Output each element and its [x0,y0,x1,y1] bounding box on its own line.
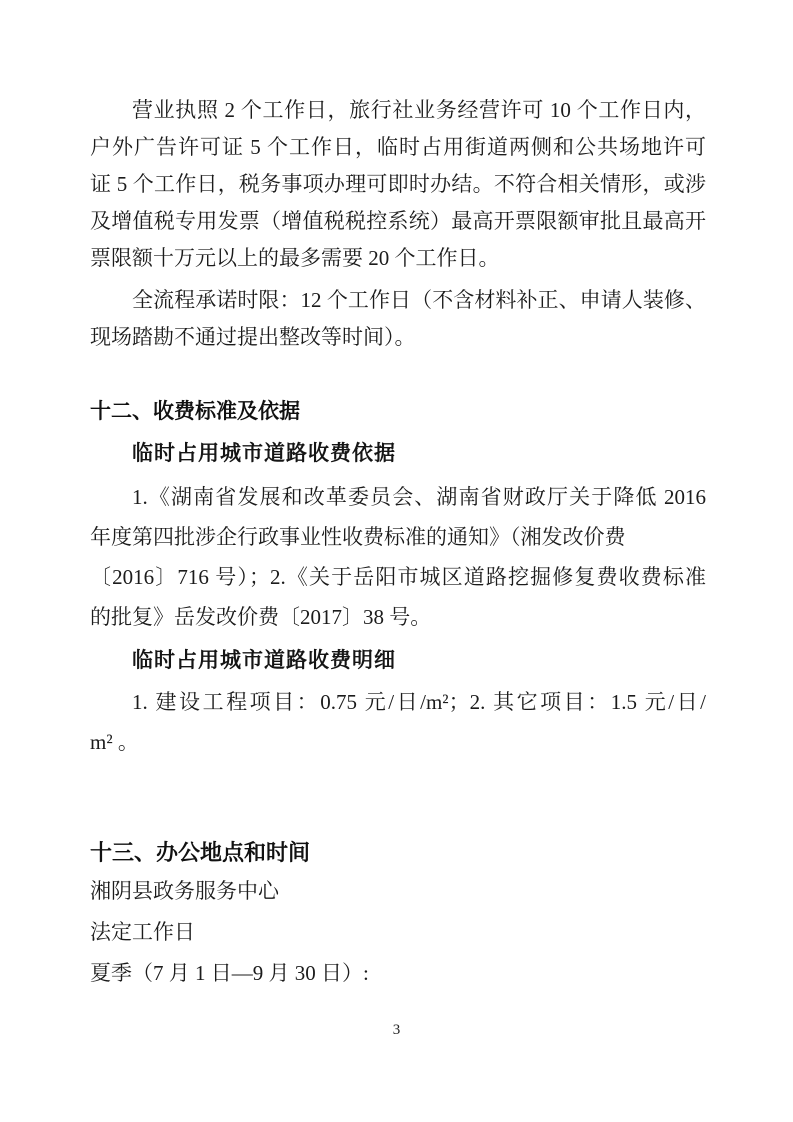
paragraph-line: 票限额十万元以上的最多需要 20 个工作日。 [90,240,706,277]
subheading-fee-details: 临时占用城市道路收费明细 [90,647,706,673]
subheading-fee-basis: 临时占用城市道路收费依据 [90,440,706,466]
document-page: 营业执照 2 个工作日，旅行社业务经营许可 10 个工作日内， 户外广告许可证 … [0,0,793,1122]
paragraph-promise-time: 全流程承诺时限：12 个工作日（不含材料补正、申请人装修、 现场踏勘不通过提出整… [90,282,706,356]
paragraph-fee-basis: 1.《湖南省发展和改革委员会、湖南省财政厅关于降低 2016 年度第四批涉企行政… [90,477,706,637]
paragraph-line: 年度第四批涉企行政事业性收费标准的通知》（湘发改价费 [90,517,706,557]
paragraph-line: 现场踏勘不通过提出整改等时间）。 [90,319,706,356]
paragraph-processing-times: 营业执照 2 个工作日，旅行社业务经营许可 10 个工作日内， 户外广告许可证 … [90,92,706,277]
paragraph-line: 户外广告许可证 5 个工作日，临时占用街道两侧和公共场地许可 [90,129,706,166]
paragraph-line: 营业执照 2 个工作日，旅行社业务经营许可 10 个工作日内， [90,92,706,129]
paragraph-fee-rates: 1. 建设工程项目：0.75 元/日/m²；2. 其它项目：1.5 元/日/ m… [90,682,706,762]
paragraph-line: 全流程承诺时限：12 个工作日（不含材料补正、申请人装修、 [90,282,706,319]
section-heading-13-office: 十三、办公地点和时间 [90,839,706,866]
page-number: 3 [0,1022,793,1039]
paragraph-line: 的批复》岳发改价费〔2017〕38 号。 [90,597,706,637]
office-workdays: 法定工作日 [90,912,706,953]
section-heading-12-fees: 十二、收费标准及依据 [90,399,706,425]
paragraph-line: 及增值税专用发票（增值税税控系统）最高开票限额审批且最高开 [90,203,706,240]
paragraph-line: 证 5 个工作日，税务事项办理可即时办结。不符合相关情形，或涉 [90,166,706,203]
paragraph-line: 1.《湖南省发展和改革委员会、湖南省财政厅关于降低 2016 [90,477,706,517]
paragraph-line: m² 。 [90,722,706,762]
office-location: 湘阴县政务服务中心 [90,871,706,912]
section-13-details: 湘阴县政务服务中心 法定工作日 夏季（7 月 1 日—9 月 30 日）: [90,871,706,994]
paragraph-line: 〔2016〕716 号）；2.《关于岳阳市城区道路挖掘修复费收费标准 [90,557,706,597]
paragraph-line: 1. 建设工程项目：0.75 元/日/m²；2. 其它项目：1.5 元/日/ [90,682,706,722]
document-content: 营业执照 2 个工作日，旅行社业务经营许可 10 个工作日内， 户外广告许可证 … [90,0,706,994]
office-summer-hours: 夏季（7 月 1 日—9 月 30 日）: [90,953,706,994]
